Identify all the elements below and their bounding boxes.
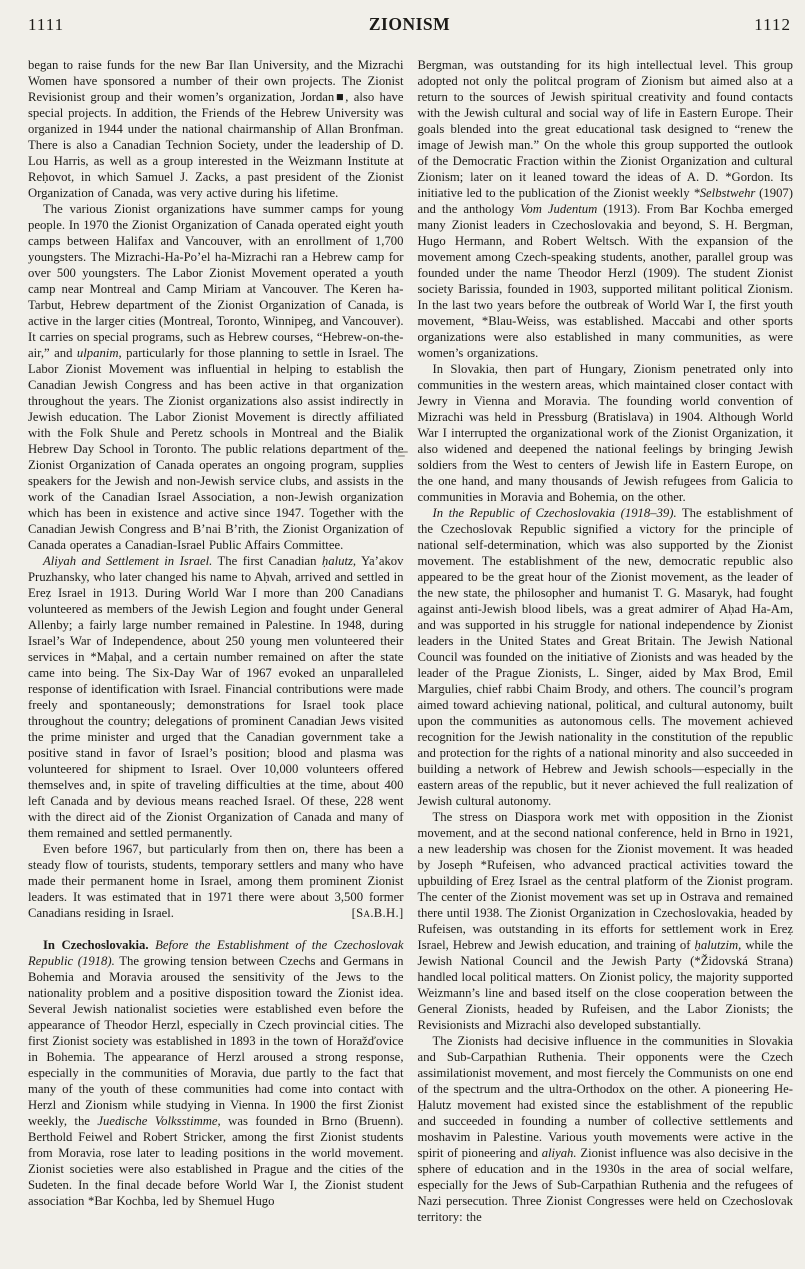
text-segment: The various Zionist organizations have s… bbox=[28, 202, 404, 360]
text-segment: was founded in Brno (Bruenn). Berthold F… bbox=[28, 1114, 404, 1208]
running-head: 1111 ZIONISM 1112 bbox=[0, 0, 805, 35]
page-number-right: 1112 bbox=[701, 15, 791, 35]
text-segment: aliyah. bbox=[542, 1146, 577, 1160]
paragraph: In Czechoslovakia. Before the Establishm… bbox=[28, 937, 404, 1209]
text-segment: Bergman, was outstanding for its high in… bbox=[418, 58, 794, 200]
text-segment: The stress on Diaspora work met with opp… bbox=[418, 810, 794, 952]
text-segment: The establishment of the Czechoslovak Re… bbox=[418, 506, 794, 808]
text-segment: Ya’akov Pruzhansky, who later changed hi… bbox=[28, 554, 404, 840]
text-segment: particularly for those planning to settl… bbox=[28, 346, 404, 552]
text-columns: began to raise funds for the new Bar Ila… bbox=[0, 35, 805, 1225]
paragraph: The various Zionist organizations have s… bbox=[28, 201, 404, 553]
paragraph: In Slovakia, then part of Hungary, Zioni… bbox=[418, 361, 794, 505]
scan-artifact bbox=[398, 455, 405, 457]
text-segment: In the Republic of Czechoslovakia (1918–… bbox=[433, 506, 677, 520]
right-column: Bergman, was outstanding for its high in… bbox=[418, 57, 794, 1225]
page-title: ZIONISM bbox=[118, 14, 701, 35]
text-segment: *Selbstwehr bbox=[693, 186, 755, 200]
text-segment: The Zionists had decisive influence in t… bbox=[418, 1034, 794, 1160]
paragraph: The stress on Diaspora work met with opp… bbox=[418, 809, 794, 1033]
scanned-encyclopedia-page: 1111 ZIONISM 1112 began to raise funds f… bbox=[0, 0, 805, 1269]
text-segment: Juedische Volksstimme, bbox=[97, 1114, 220, 1128]
paragraph: Aliyah and Settlement in Israel. The fir… bbox=[28, 553, 404, 841]
paragraph: Bergman, was outstanding for its high in… bbox=[418, 57, 794, 361]
text-segment: In Slovakia, then part of Hungary, Zioni… bbox=[418, 362, 794, 504]
text-segment: ḥalutz, bbox=[322, 554, 356, 568]
paragraph: Even before 1967, but particularly from … bbox=[28, 841, 404, 921]
text-segment: Aliyah and Settlement in Israel. bbox=[43, 554, 212, 568]
left-column: began to raise funds for the new Bar Ila… bbox=[28, 57, 404, 1225]
text-segment: Vom Judentum bbox=[520, 202, 597, 216]
author-signature: [Sa.B.H.] bbox=[337, 905, 404, 921]
text-segment: In Czechoslovakia. bbox=[43, 938, 149, 952]
text-segment: ḥalutzim, bbox=[694, 938, 741, 952]
text-segment: while the Jewish National Council and th… bbox=[418, 938, 794, 1032]
text-segment: The growing tension between Czechs and G… bbox=[28, 954, 404, 1128]
text-segment: began to raise funds for the new Bar Ila… bbox=[28, 58, 404, 200]
text-segment: The first Canadian bbox=[212, 554, 322, 568]
text-segment: ulpanim, bbox=[77, 346, 122, 360]
page-number-left: 1111 bbox=[28, 15, 118, 35]
paragraph: In the Republic of Czechoslovakia (1918–… bbox=[418, 505, 794, 809]
paragraph: The Zionists had decisive influence in t… bbox=[418, 1033, 794, 1225]
paragraph: began to raise funds for the new Bar Ila… bbox=[28, 57, 404, 201]
text-segment: (1913). From Bar Kochba emerged many Zio… bbox=[418, 202, 794, 360]
scan-artifact bbox=[396, 451, 408, 453]
